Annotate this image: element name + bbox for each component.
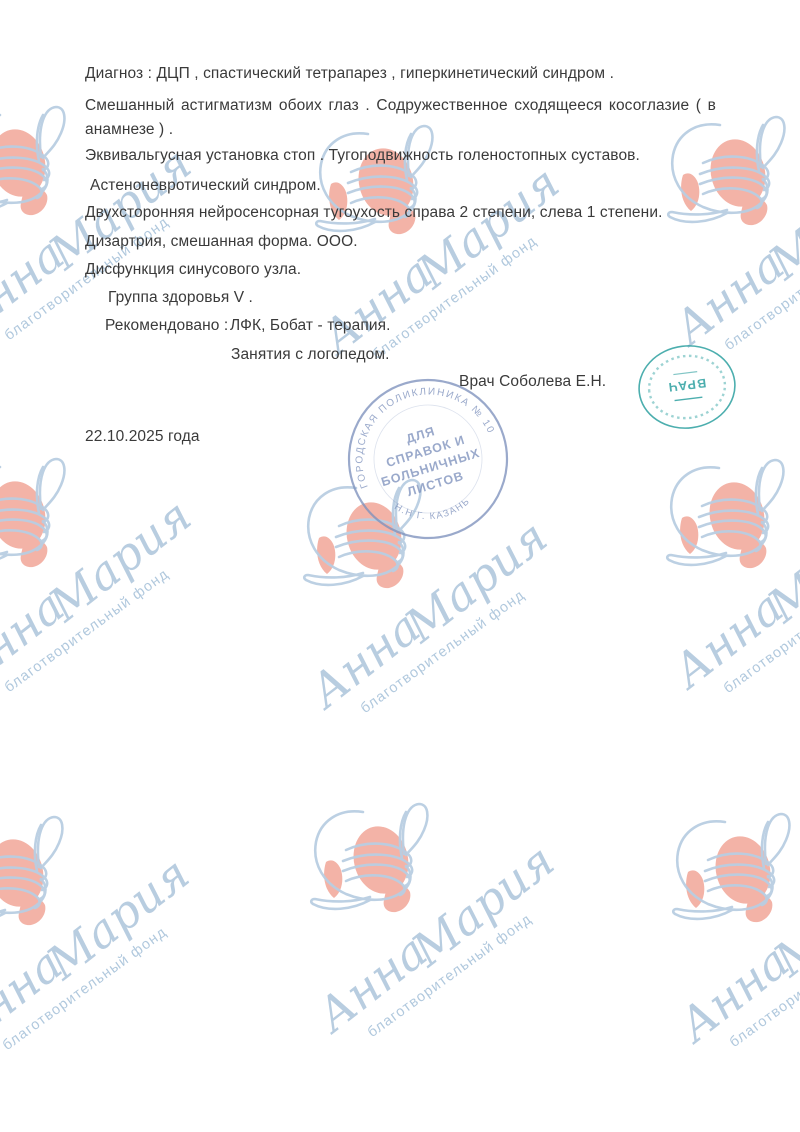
charity-logo-icon [664,456,794,572]
watermark-subtitle: благотворительный фонд [727,921,800,1051]
watermark-name-maria: Мария [764,843,800,987]
watermark-name-anna: Анна [669,934,799,1052]
watermark-subtitle: благотворительный фонд [0,924,170,1054]
feet-line: Эквивальгусная установка стоп . Тугоподв… [85,146,725,166]
watermark-name-anna: Анна [300,600,430,718]
date-line: 22.10.2025 года [85,427,725,447]
speech-therapy-line: Занятия с логопедом. [231,345,800,365]
scanned-medical-document: Мария Анна благотворительный фонд Мария … [0,0,800,1132]
health-group-line: Группа здоровья V . [108,288,748,308]
recommended-value: ЛФК, Бобат - терапия. [230,316,800,336]
watermark-unit: Мария Анна благотворительный фонд [670,810,800,1045]
watermark-unit: Мария Анна благотворительный фонд [0,813,178,1048]
asthenoneurotic-line: Астеноневротический синдром. [90,176,730,196]
anamnesis-line: анамнезе ) . [85,120,725,140]
charity-logo-icon [308,800,438,916]
watermark-name-maria: Мария [759,146,800,290]
sinus-node-line: Дисфункция синусового узла. [85,260,725,280]
watermark-subtitle: благотворительный фонд [2,566,172,696]
watermark-name-maria: Мария [402,833,565,977]
watermark-name-anna: Анна [0,579,74,697]
charity-logo-icon [0,455,75,571]
dysarthria-line: Дизартрия, смешанная форма. ООО. [85,232,725,252]
charity-logo-icon [0,103,75,219]
watermark-subtitle: благотворительный фонд [365,911,535,1041]
charity-logo-icon [0,813,73,929]
watermark-name-maria: Мария [758,489,800,633]
watermark-name-anna: Анна [663,580,793,698]
watermark-unit: Мария Анна благотворительный фонд [0,455,180,690]
hearing-loss-line: Двухсторонняя нейросенсорная тугоухость … [85,203,725,223]
watermark-subtitle: благотворительный фонд [721,567,800,697]
watermark-name-anna: Анна [0,227,74,345]
watermark-unit: Мария Анна благотворительный фонд [308,800,543,1035]
diagnosis-line: Диагноз : ДЦП , спастический тетрапарез … [85,64,725,84]
charity-logo-icon [670,810,800,926]
clinic-round-stamp: ГОРОДСКАЯ ПОЛИКЛИНИКА № 10 Н.Н Г. КАЗАНЬ… [341,372,516,547]
astigmatism-line: Смешанный астигматизм обоих глаз . Содру… [85,96,716,116]
watermark-subtitle: благотворительный фонд [358,587,528,717]
watermark-name-anna: Анна [307,924,437,1042]
doctor-signature: Врач Соболева Е.Н. [459,372,800,392]
watermark-name-maria: Мария [39,488,202,632]
watermark-name-anna: Анна [0,937,72,1055]
watermark-name-maria: Мария [37,846,200,990]
watermark-unit: Мария Анна благотворительный фонд [664,456,800,691]
